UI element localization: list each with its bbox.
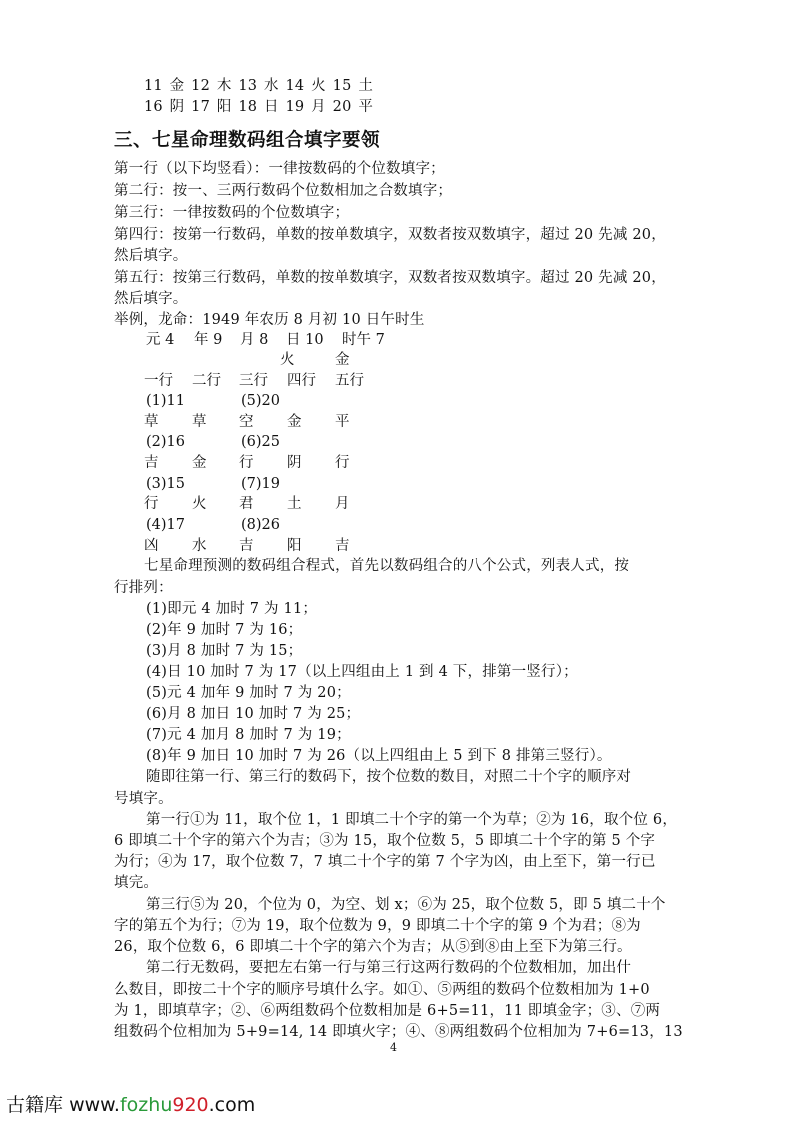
formula-item: (8)年 9 加日 10 加时 7 为 26（以上四组由上 5 到下 8 排第三… (146, 746, 612, 766)
paragraph-line: 为 1，即填草字；②、⑥两组数码个位数相加是 6+5=11，11 即填金字；③、… (114, 1001, 660, 1021)
url-suffix: .com (209, 1094, 256, 1116)
cell-char: 土 (287, 494, 302, 514)
group-number: (8)26 (241, 515, 280, 535)
cell-char: 吉 (335, 536, 350, 556)
cell-char: 凶 (144, 536, 159, 556)
watermark-site-name: 古籍库 (6, 1094, 63, 1116)
formula-item: (6)月 8 加日 10 加时 7 为 25； (146, 704, 360, 724)
cell-char: 阳 (287, 536, 302, 556)
value-yuan: 元 4 (146, 330, 174, 350)
char-table-row-1: 11 金 12 木 13 水 14 火 15 土 (144, 76, 373, 96)
paragraph-line: 26，取个位数 6，6 即填二十个字的第六个为吉；从⑤到⑧由上至下为第三行。 (114, 937, 632, 957)
group-number: (3)15 (146, 474, 185, 494)
paragraph-line: 第二行无数码，要把左右第一行与第三行这两行数码的个位数相加，加出什 (146, 958, 631, 978)
formula-intro-cont: 行排列： (114, 578, 173, 598)
cell-char: 空 (239, 412, 254, 432)
cell-char: 金 (192, 453, 207, 473)
paragraph-line: 字的第五个为行；⑦为 19，取个位数为 9，9 即填二十个字的第 9 个为君；⑧… (114, 916, 641, 936)
paragraph-line: 为行；④为 17，取个位数 7，7 填二十个字的第 7 个字为凶，由上至下，第一… (114, 852, 656, 872)
rule-line: 第二行：按一、三两行数码个位数相加之合数填字； (114, 181, 452, 201)
formula-item: (1)即元 4 加时 7 为 11； (146, 599, 317, 619)
cell-char: 吉 (144, 453, 159, 473)
formula-item: (4)日 10 加时 7 为 17（以上四组由上 1 到 4 下，排第一竖行）； (146, 662, 578, 682)
rule-line: 然后填字。 (114, 289, 188, 309)
group-number: (7)19 (241, 474, 280, 494)
cell-char: 阴 (287, 453, 302, 473)
document-page: 11 金 12 木 13 水 14 火 15 土 16 阴 17 阳 18 日 … (0, 0, 793, 1122)
cell-char: 吉 (239, 536, 254, 556)
column-header: 二行 (192, 371, 221, 391)
cell-char: 行 (335, 453, 350, 473)
char-table-row-2: 16 阴 17 阳 18 日 19 月 20 平 (144, 97, 373, 117)
column-header: 五行 (335, 371, 364, 391)
column-header: 四行 (287, 371, 316, 391)
value-year: 年 9 (194, 330, 222, 350)
paragraph-line: 号填字。 (114, 789, 173, 809)
column-header: 三行 (239, 371, 268, 391)
value-hour: 时午 7 (342, 330, 385, 350)
cell-char: 平 (335, 412, 350, 432)
paragraph-line: 第一行①为 11，取个位 1，1 即填二十个字的第一个为草；②为 16，取个位 … (146, 810, 677, 830)
paragraph-line: 组数码个位相加为 5+9=14, 14 即填火字；④、⑧两组数码个位相加为 7+… (114, 1022, 683, 1042)
rule-line: 然后填字。 (114, 246, 188, 266)
paragraph-line: 填完。 (114, 873, 158, 893)
cell-char: 草 (192, 412, 207, 432)
cell-char: 行 (144, 494, 159, 514)
paragraph-line: 随即往第一行、第三行的数码下，按个位数的数目，对照二十个字的顺序对 (146, 767, 631, 787)
formula-item: (3)月 8 加时 7 为 15； (146, 641, 302, 661)
paragraph-line: 第三行⑤为 20，个位为 0，为空、划 x；⑥为 25，取个位数 5，即 5 填… (146, 895, 666, 915)
paragraph-line: 么数目，即按二十个字的顺序号填什么字。如①、⑤两组的数码个位数相加为 1+0 (114, 980, 650, 1000)
element-fire: 火 (280, 350, 295, 370)
url-red-part: 920 (172, 1094, 208, 1116)
formula-item: (7)元 4 加月 8 加时 7 为 19； (146, 725, 351, 745)
cell-char: 行 (239, 453, 254, 473)
group-number: (4)17 (146, 515, 185, 535)
rule-line: 第五行：按第三行数码，单数的按单数填字，双数者按双数填字。超过 20 先减 20… (114, 268, 666, 288)
value-month: 月 8 (240, 330, 268, 350)
formula-intro: 七星命理预测的数码组合程式，首先以数码组合的八个公式，列表人式，按 (144, 556, 629, 576)
rule-line: 第三行：一律按数码的个位数填字； (114, 203, 349, 223)
value-day: 日 10 (286, 330, 324, 350)
cell-char: 草 (144, 412, 159, 432)
column-header: 一行 (144, 371, 173, 391)
url-prefix: www. (69, 1094, 120, 1116)
rule-line: 第四行：按第一行数码，单数的按单数填字，双数者按双数填字，超过 20 先减 20… (114, 225, 666, 245)
section-heading: 三、七星命理数码组合填字要领 (114, 126, 380, 152)
cell-char: 月 (335, 494, 350, 514)
group-number: (6)25 (241, 432, 280, 452)
site-watermark: 古籍库 www.fozhu920.com (6, 1090, 255, 1117)
group-number: (1)11 (146, 391, 185, 411)
example-intro: 举例，龙命：1949 年农历 8 月初 10 日午时生 (114, 310, 425, 330)
cell-char: 火 (192, 494, 207, 514)
cell-char: 水 (192, 536, 207, 556)
formula-item: (5)元 4 加年 9 加时 7 为 20； (146, 683, 351, 703)
paragraph-line: 6 即填二十个字的第六个为吉；③为 15，取个位数 5，5 即填二十个字的第 5… (114, 831, 655, 851)
cell-char: 君 (239, 494, 254, 514)
page-number: 4 (390, 1041, 397, 1054)
group-number: (2)16 (146, 432, 185, 452)
url-green-part: fozhu (120, 1094, 172, 1116)
group-number: (5)20 (241, 391, 280, 411)
cell-char: 金 (287, 412, 302, 432)
element-metal: 金 (335, 350, 350, 370)
rule-line: 第一行（以下均竖看）：一律按数码的个位数填字； (114, 159, 445, 179)
formula-item: (2)年 9 加时 7 为 16； (146, 620, 302, 640)
watermark-url: www.fozhu920.com (69, 1094, 255, 1116)
